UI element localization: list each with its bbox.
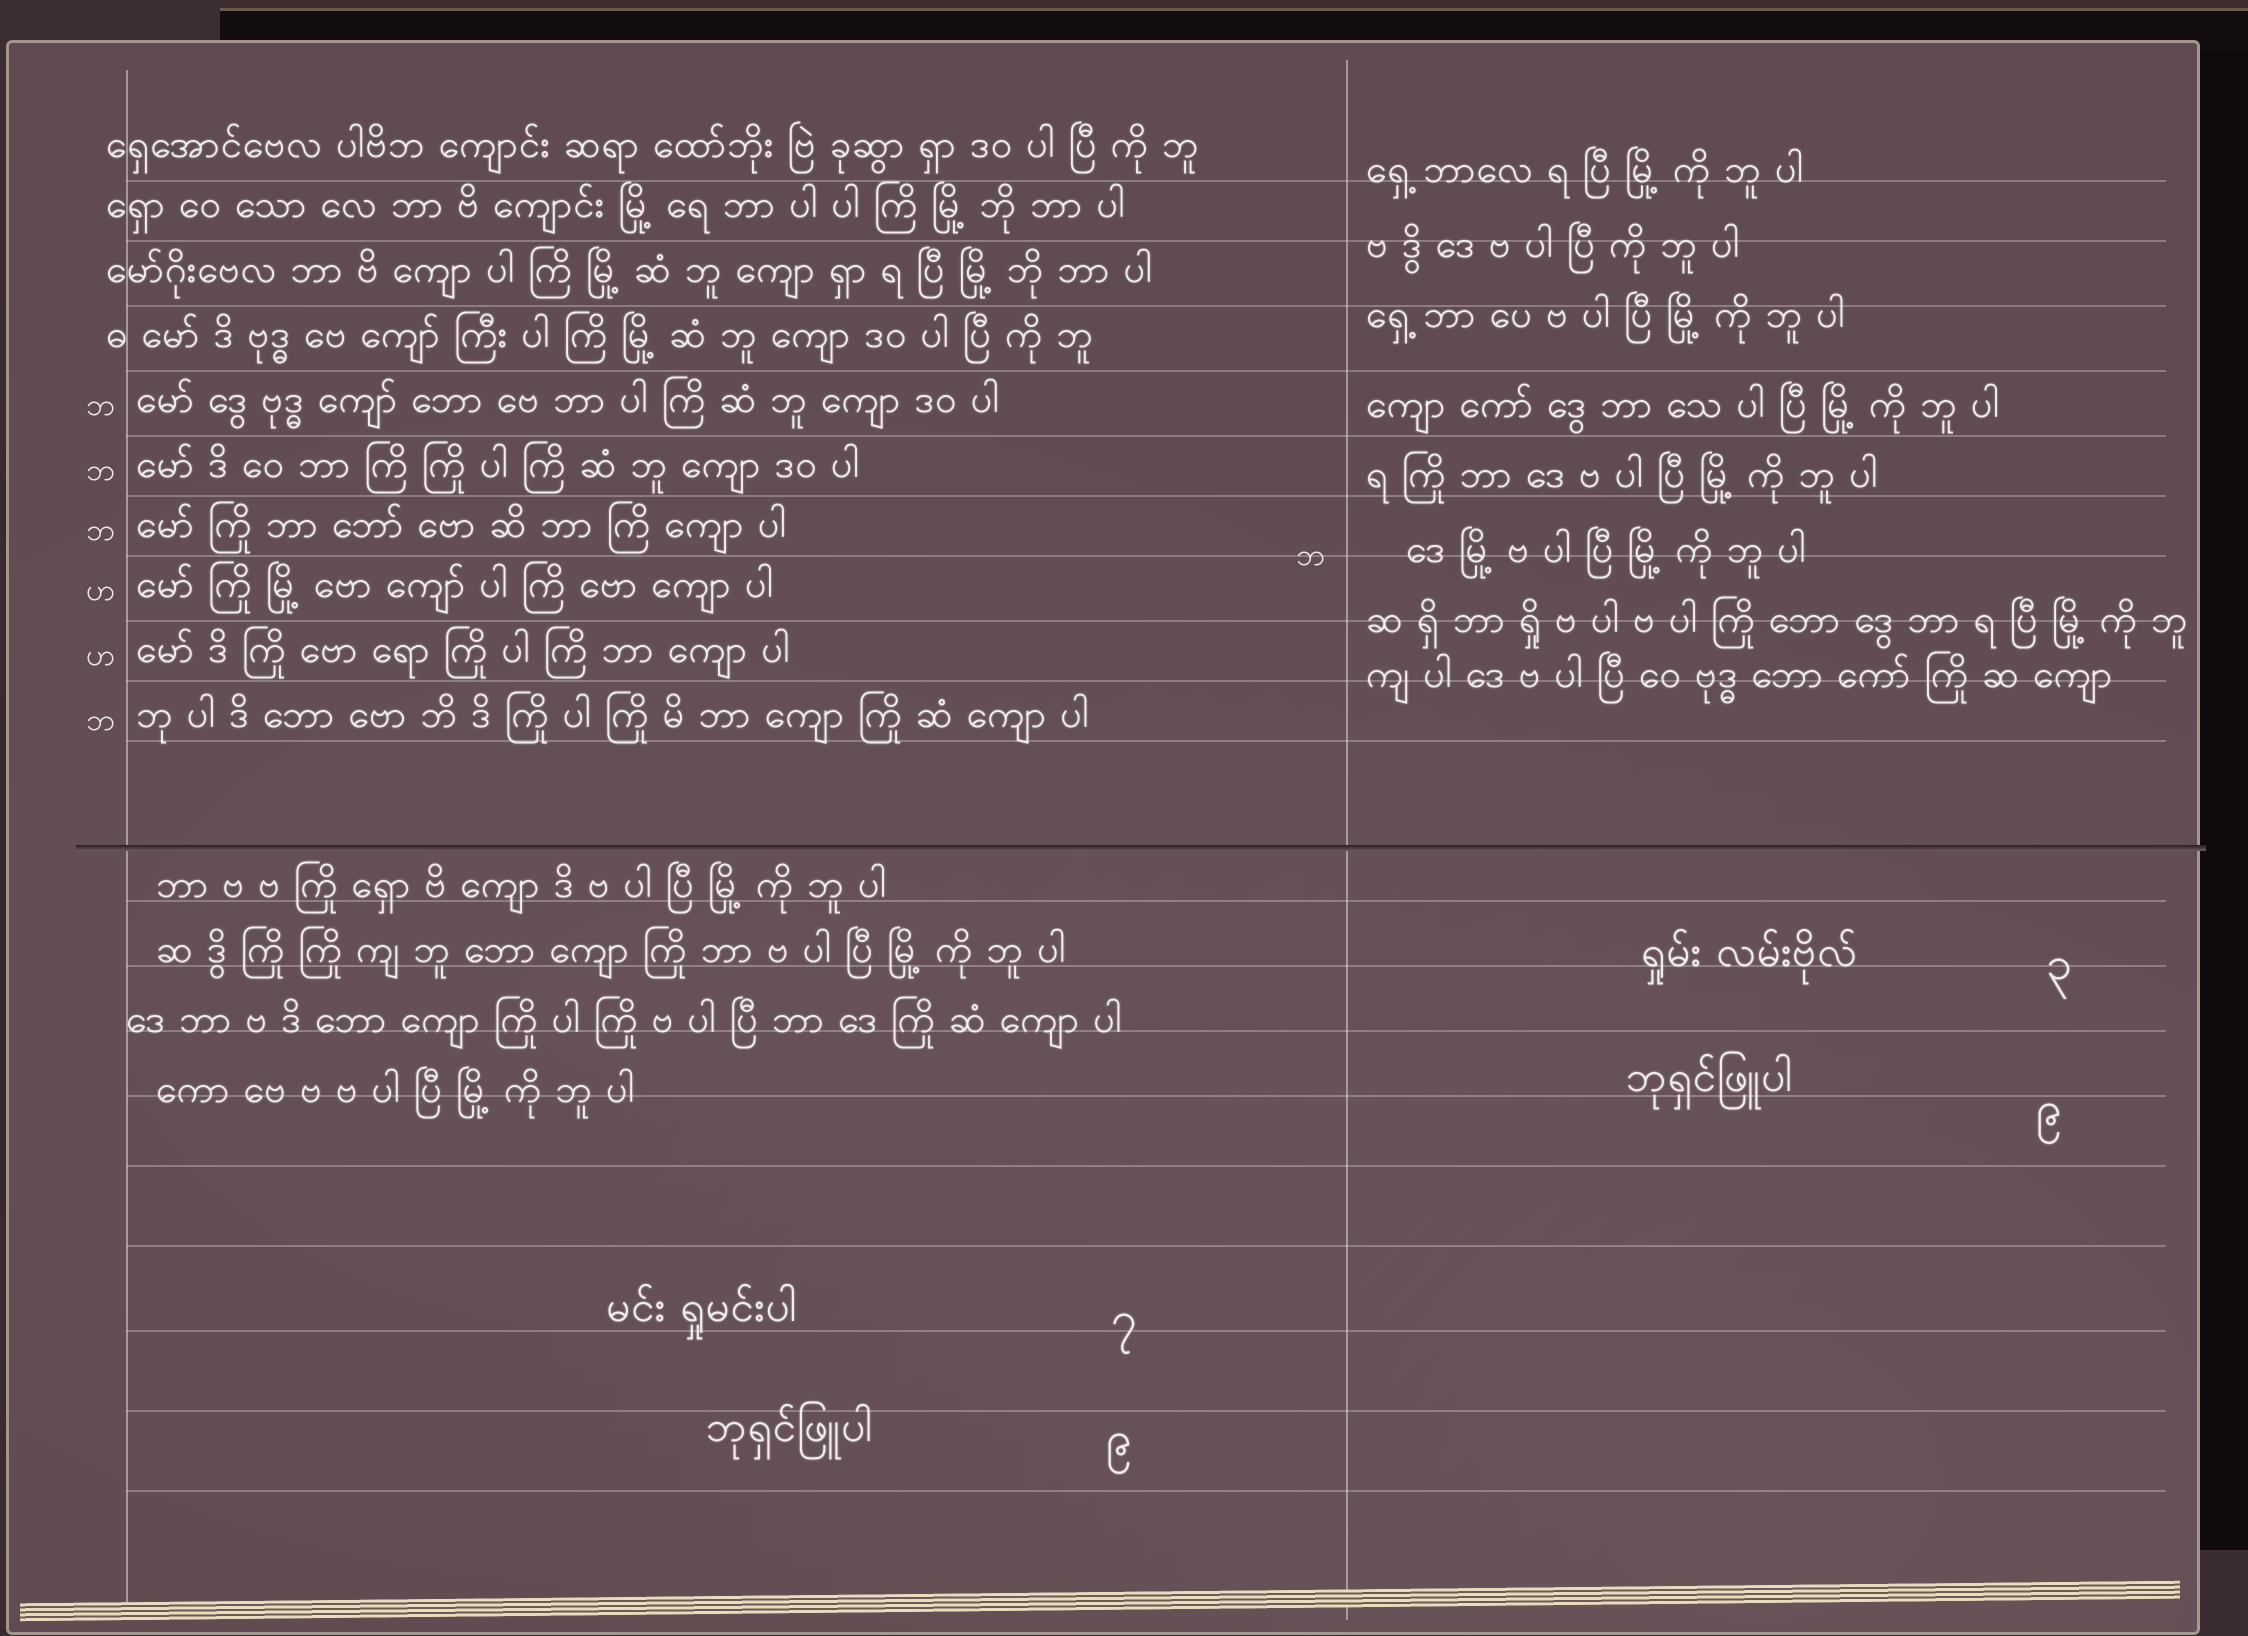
manuscript-line: ဒေ မြို့ ဗ ပါ ပြီ မြို့ ကို ဘူ ပါ (1406, 525, 1807, 581)
signature-number: ၃ (2046, 935, 2073, 1002)
manuscript-line: ဒေ ဘာ ဗ ဒိ ဘော ကျော ကြို ပါ ကြို ဗ ပါ ပြ… (126, 995, 1122, 1051)
margin-mark: ဘ (1296, 535, 1325, 580)
manuscript-line: ဘာ ဗ ဗ ကြို ရှော ဗိ ကျော ဒိ ဗ ပါ ပြီ မြိ… (156, 860, 887, 916)
manuscript-line: မော် ဒိ ဝေ ဘာ ကြိ ကြို ပါ ကြိ ဆံ ဘူ ကျော… (136, 440, 860, 496)
center-column-line (1346, 60, 1348, 1620)
signature-number: ၉ (1106, 1410, 1133, 1477)
manuscript-line: မော် ဒိ ကြို ဗော ရော ကြို ပါ ကြိ ဘာ ကျော… (136, 625, 790, 681)
margin-mark: ဘ (86, 450, 115, 495)
manuscript-line: ဓ မော် ဒိ ဗုဒ္ဓ ဗေ ကျော် ကြီး ပါ ကြိ မြိ… (106, 310, 1094, 366)
ruled-line (126, 1245, 2166, 1247)
margin-mark: ဟ (86, 635, 115, 680)
ruled-line (126, 1165, 2166, 1167)
manuscript-line: ဘု ပါ ဒိ ဘော ဗော ဘိ ဒိ ကြို ပါ ကြို မိ ဘ… (136, 690, 1089, 746)
ruled-line (126, 305, 2166, 307)
manuscript-line: ရှော ဝေ သော လေ ဘာ ဗိ ကျောင်း မြို့ ရေ ဘာ… (106, 180, 1126, 236)
fold-crease (76, 845, 2206, 851)
ruled-line (126, 370, 2166, 372)
right-shadow (2200, 50, 2248, 1550)
manuscript-line: ဗ ဒွိ ဒေ ဗ ပါ ပြီ ကို ဘူ ပါ (1366, 220, 1740, 276)
manuscript-line: ရှေအောင်ဗေလ ပါဗိဘ ကျောင်း ဆရာ ထော်ဘိုး ဗ… (106, 120, 1199, 176)
manuscript-line: မော် ကြို မြို့ ဗော ကျော် ပါ ကြိ ဗော ကျေ… (136, 560, 774, 616)
margin-mark: ဘ (86, 385, 115, 430)
signature-name: ဘုရှင်ဖြူပါ (1626, 1050, 1793, 1112)
manuscript-line: ဆ ဒွိ ကြို ကြို ကျ ဘူ ဘော ကျော ကြို ဘာ ဗ… (156, 925, 1066, 981)
manuscript-line: ရှေ့ ဘာ ပေ ဗ ပါ ပြီ မြို့ ကို ဘူ ပါ (1366, 290, 1845, 346)
manuscript-line: ရှေ့ ဘာလေ ရ ပြီ မြို့ ကို ဘူ ပါ (1366, 145, 1804, 201)
signature-name: ရှုမ်း လမ်းဗိုလ် (1641, 925, 1858, 987)
signature-number: ၉ (2036, 1080, 2063, 1147)
ruled-line (126, 1490, 2166, 1492)
signature-name: မင်း ရှုမင်းပါ (606, 1280, 798, 1342)
manuscript-line: မော်ဂိုးဗေလ ဘာ ဗိ ကျော ပါ ကြိ မြို့ ဆံ ဘ… (106, 245, 1153, 301)
signature-name: ဘုရှင်ဖြူပါ (706, 1400, 873, 1462)
manuscript-line: ကျော ကော် ဒွေ ဘာ သေ ပါ ပြီ မြို့ ကို ဘူ … (1366, 380, 2000, 436)
manuscript-page: ရှေအောင်ဗေလ ပါဗိဘ ကျောင်း ဆရာ ထော်ဘိုး ဗ… (6, 40, 2200, 1635)
margin-mark: ဘ (86, 700, 115, 745)
manuscript-line: ဆ ရှိ ဘာ ရှို ဗ ပါ ဗ ပါ ကြို ဘော ဒွေ ဘာ … (1366, 595, 2188, 651)
manuscript-line: မော် ဒွေ ဗုဒ္ဓ ကျော် ဘော ဗေ ဘာ ပါ ကြိ ဆံ… (136, 375, 1000, 431)
ruled-line (126, 240, 2166, 242)
manuscript-line: ရ ကြို ဘာ ဒေ ဗ ပါ ပြီ မြို့ ကို ဘူ ပါ (1366, 450, 1878, 506)
signature-number: ၇ (1111, 1290, 1138, 1357)
ruled-line (126, 1330, 2166, 1332)
margin-mark: ဘ (86, 510, 115, 555)
manuscript-line: ကော ဗေ ဗ ဗ ပါ ပြီ မြို့ ကို ဘူ ပါ (156, 1065, 635, 1121)
margin-mark: ဟ (86, 570, 115, 615)
manuscript-line: ကျ ပါ ဒေ ဗ ပါ ပြီ ဝေ ဗုဒ္ဓ ဘော ကော် ကြို… (1366, 650, 2113, 706)
ruled-line (126, 1410, 2166, 1412)
manuscript-line: မော် ကြို ဘာ ဘော် ဗော ဆိ ဘာ ကြိ ကျော ပါ (136, 500, 787, 556)
left-margin-line (126, 70, 128, 1610)
